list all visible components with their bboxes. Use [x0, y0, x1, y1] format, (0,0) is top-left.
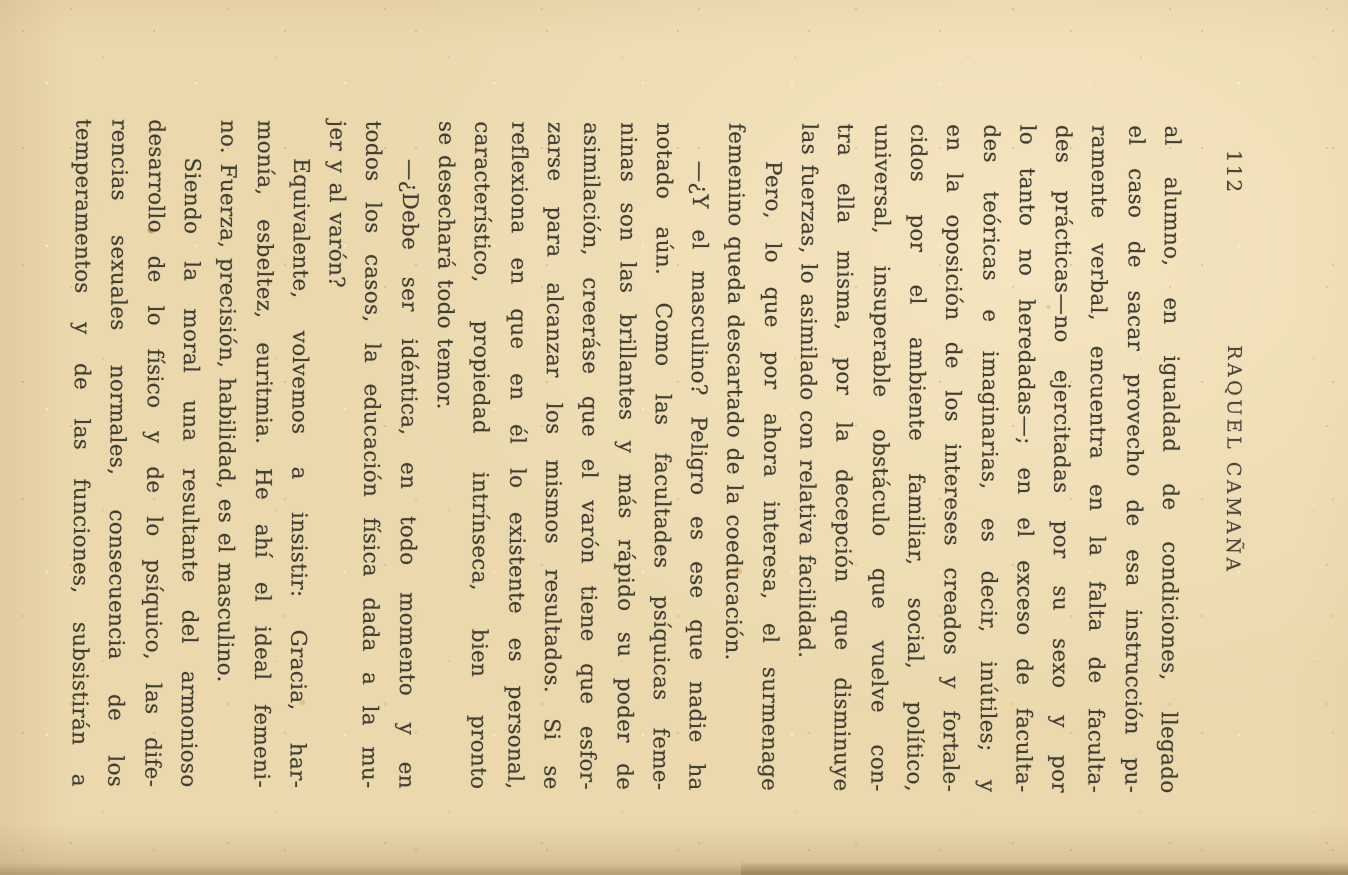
- paragraph: Siendo la moral una resultante del armon…: [60, 118, 209, 787]
- text-line: cidos por el ambiente familiar, social, …: [894, 123, 934, 791]
- text-line: se desechará todo temor.: [423, 120, 463, 788]
- text-line: Pero, lo que por ahora interesa, el surm…: [749, 122, 789, 790]
- text-block: al alumno, en igualdad de condiciones, l…: [60, 118, 1189, 793]
- text-line: —¿Y el masculino? Peligro es ese que nad…: [677, 122, 717, 790]
- text-line: tra ella misma, por la decepción que dis…: [822, 123, 862, 791]
- text-line: femenino queda descartado de la coeducac…: [713, 122, 753, 790]
- text-line: Equivalente, volvemos a insistir: Gracia…: [277, 120, 317, 788]
- text-line: característico, propiedad intrínseca, bi…: [459, 121, 499, 789]
- text-line: temperamentos y de las funciones, subsis…: [60, 118, 100, 786]
- text-line: Siendo la moral una resultante del armon…: [169, 119, 209, 787]
- text-line: lo tanto no heredadas—; en el exceso de …: [1003, 124, 1043, 792]
- text-line: monía, esbeltez, euritmia. He ahí el ide…: [241, 119, 281, 787]
- paragraph: —¿Y el masculino? Peligro es ese que nad…: [423, 120, 717, 790]
- text-line: no. Fuerza, precisión, habilidad, es el …: [205, 119, 245, 787]
- paragraph: Pero, lo que por ahora interesa, el surm…: [713, 122, 790, 790]
- text-line: todos los casos, la educación física dad…: [350, 120, 390, 788]
- text-line: des teóricas e imaginarias, es decir, in…: [967, 124, 1007, 792]
- scanned-book-page: { "colors": { "paper": "#ebd8ad", "ink":…: [0, 0, 1348, 875]
- text-line: ninas son las brillantes y más rápido su…: [604, 122, 644, 790]
- text-line: en la oposición de los intereses creados…: [931, 124, 971, 792]
- page-header: 112 RAQUEL CAMAÑA: [1208, 125, 1248, 793]
- running-title: RAQUEL CAMAÑA: [1220, 125, 1246, 793]
- paragraph: Equivalente, volvemos a insistir: Gracia…: [205, 119, 318, 788]
- text-line: ramente verbal, encuentra en la falta de…: [1076, 124, 1116, 792]
- page-sheet: 112 RAQUEL CAMAÑA al alumno, en igualdad…: [0, 0, 1348, 875]
- text-line: jer y al varón?: [314, 120, 354, 788]
- text-line: zarse para alcanzar los mismos resultado…: [532, 121, 572, 789]
- text-line: rencias sexuales normales, consecuencia …: [96, 118, 136, 786]
- text-line: asimilación, creeráse que el varón tiene…: [568, 121, 608, 789]
- text-line: las fuerzas, lo asimilado con relativa f…: [786, 123, 826, 791]
- paragraph: al alumno, en igualdad de condiciones, l…: [786, 123, 1189, 793]
- text-line: reflexiona en que en él lo existente es …: [495, 121, 535, 789]
- paragraph: —¿Debe ser idéntica, en todo momento y e…: [314, 120, 427, 789]
- text-line: desarrollo de lo físico y de lo psíquico…: [132, 119, 172, 787]
- text-line: des prácticas—no ejercitadas por su sexo…: [1040, 124, 1080, 792]
- text-line: al alumno, en igualdad de condiciones, l…: [1149, 125, 1189, 793]
- text-line: notado aún. Como las facultades psíquica…: [640, 122, 680, 790]
- text-line: el caso de sacar provecho de esa instruc…: [1112, 125, 1152, 793]
- text-line: universal, insuperable obstáculo que vue…: [858, 123, 898, 791]
- text-line: —¿Debe ser idéntica, en todo momento y e…: [386, 120, 426, 788]
